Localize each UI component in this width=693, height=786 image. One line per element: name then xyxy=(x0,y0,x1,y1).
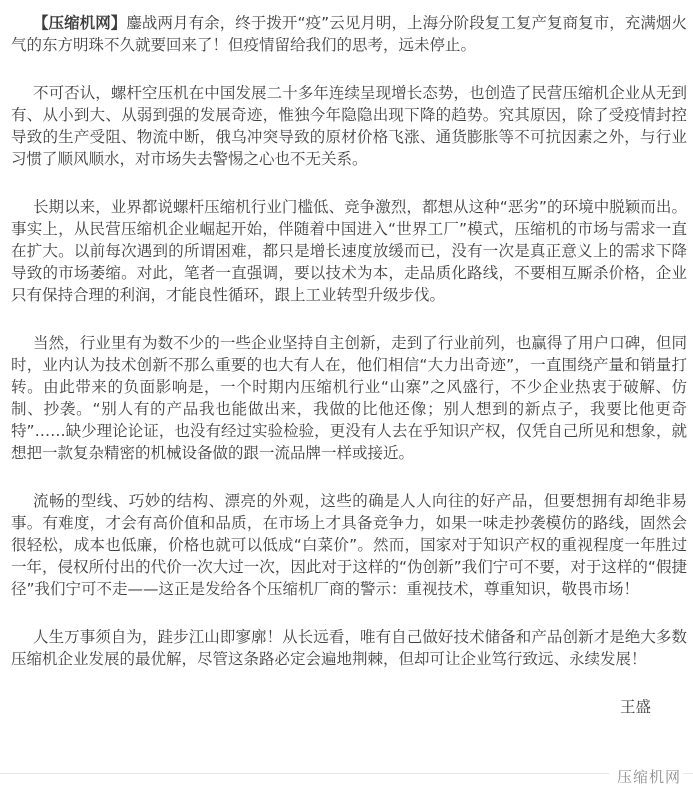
paragraph-conclusion: 人生万事须自为，跬步江山即寥廓！从长远看，唯有自己做好技术储备和产品创新才是绝大… xyxy=(11,626,687,670)
site-watermark: 压缩机网 xyxy=(609,766,683,786)
paragraph-innovation-copycat: 当然，行业里有为数不少的一些企业坚持自主创新，走到了行业前列，也赢得了用户口碑，… xyxy=(11,332,687,464)
author-signature: 王盛 xyxy=(11,696,687,718)
paragraph-ip-warning: 流畅的型线、巧妙的结构、漂亮的外观，这些的确是人人向往的好产品，但要想拥有却绝非… xyxy=(11,490,687,600)
article-body: 【压缩机网】鏖战两月有余，终于拨开“疫”云见月明，上海分阶段复工复产复商复市，充… xyxy=(0,0,693,718)
paragraph-intro: 【压缩机网】鏖战两月有余，终于拨开“疫”云见月明，上海分阶段复工复产复商复市，充… xyxy=(11,12,687,56)
paragraph-industry-history: 长期以来，业界都说螺杆压缩机行业门槛低、竞争激烈，都想从这种“恶劣”的环境中脱颖… xyxy=(11,196,687,306)
source-tag: 【压缩机网】 xyxy=(33,14,126,32)
paragraph-market-trend: 不可否认，螺杆空压机在中国发展二十多年连续呈现增长态势，也创造了民营压缩机企业从… xyxy=(11,82,687,170)
footer-divider xyxy=(0,773,693,774)
